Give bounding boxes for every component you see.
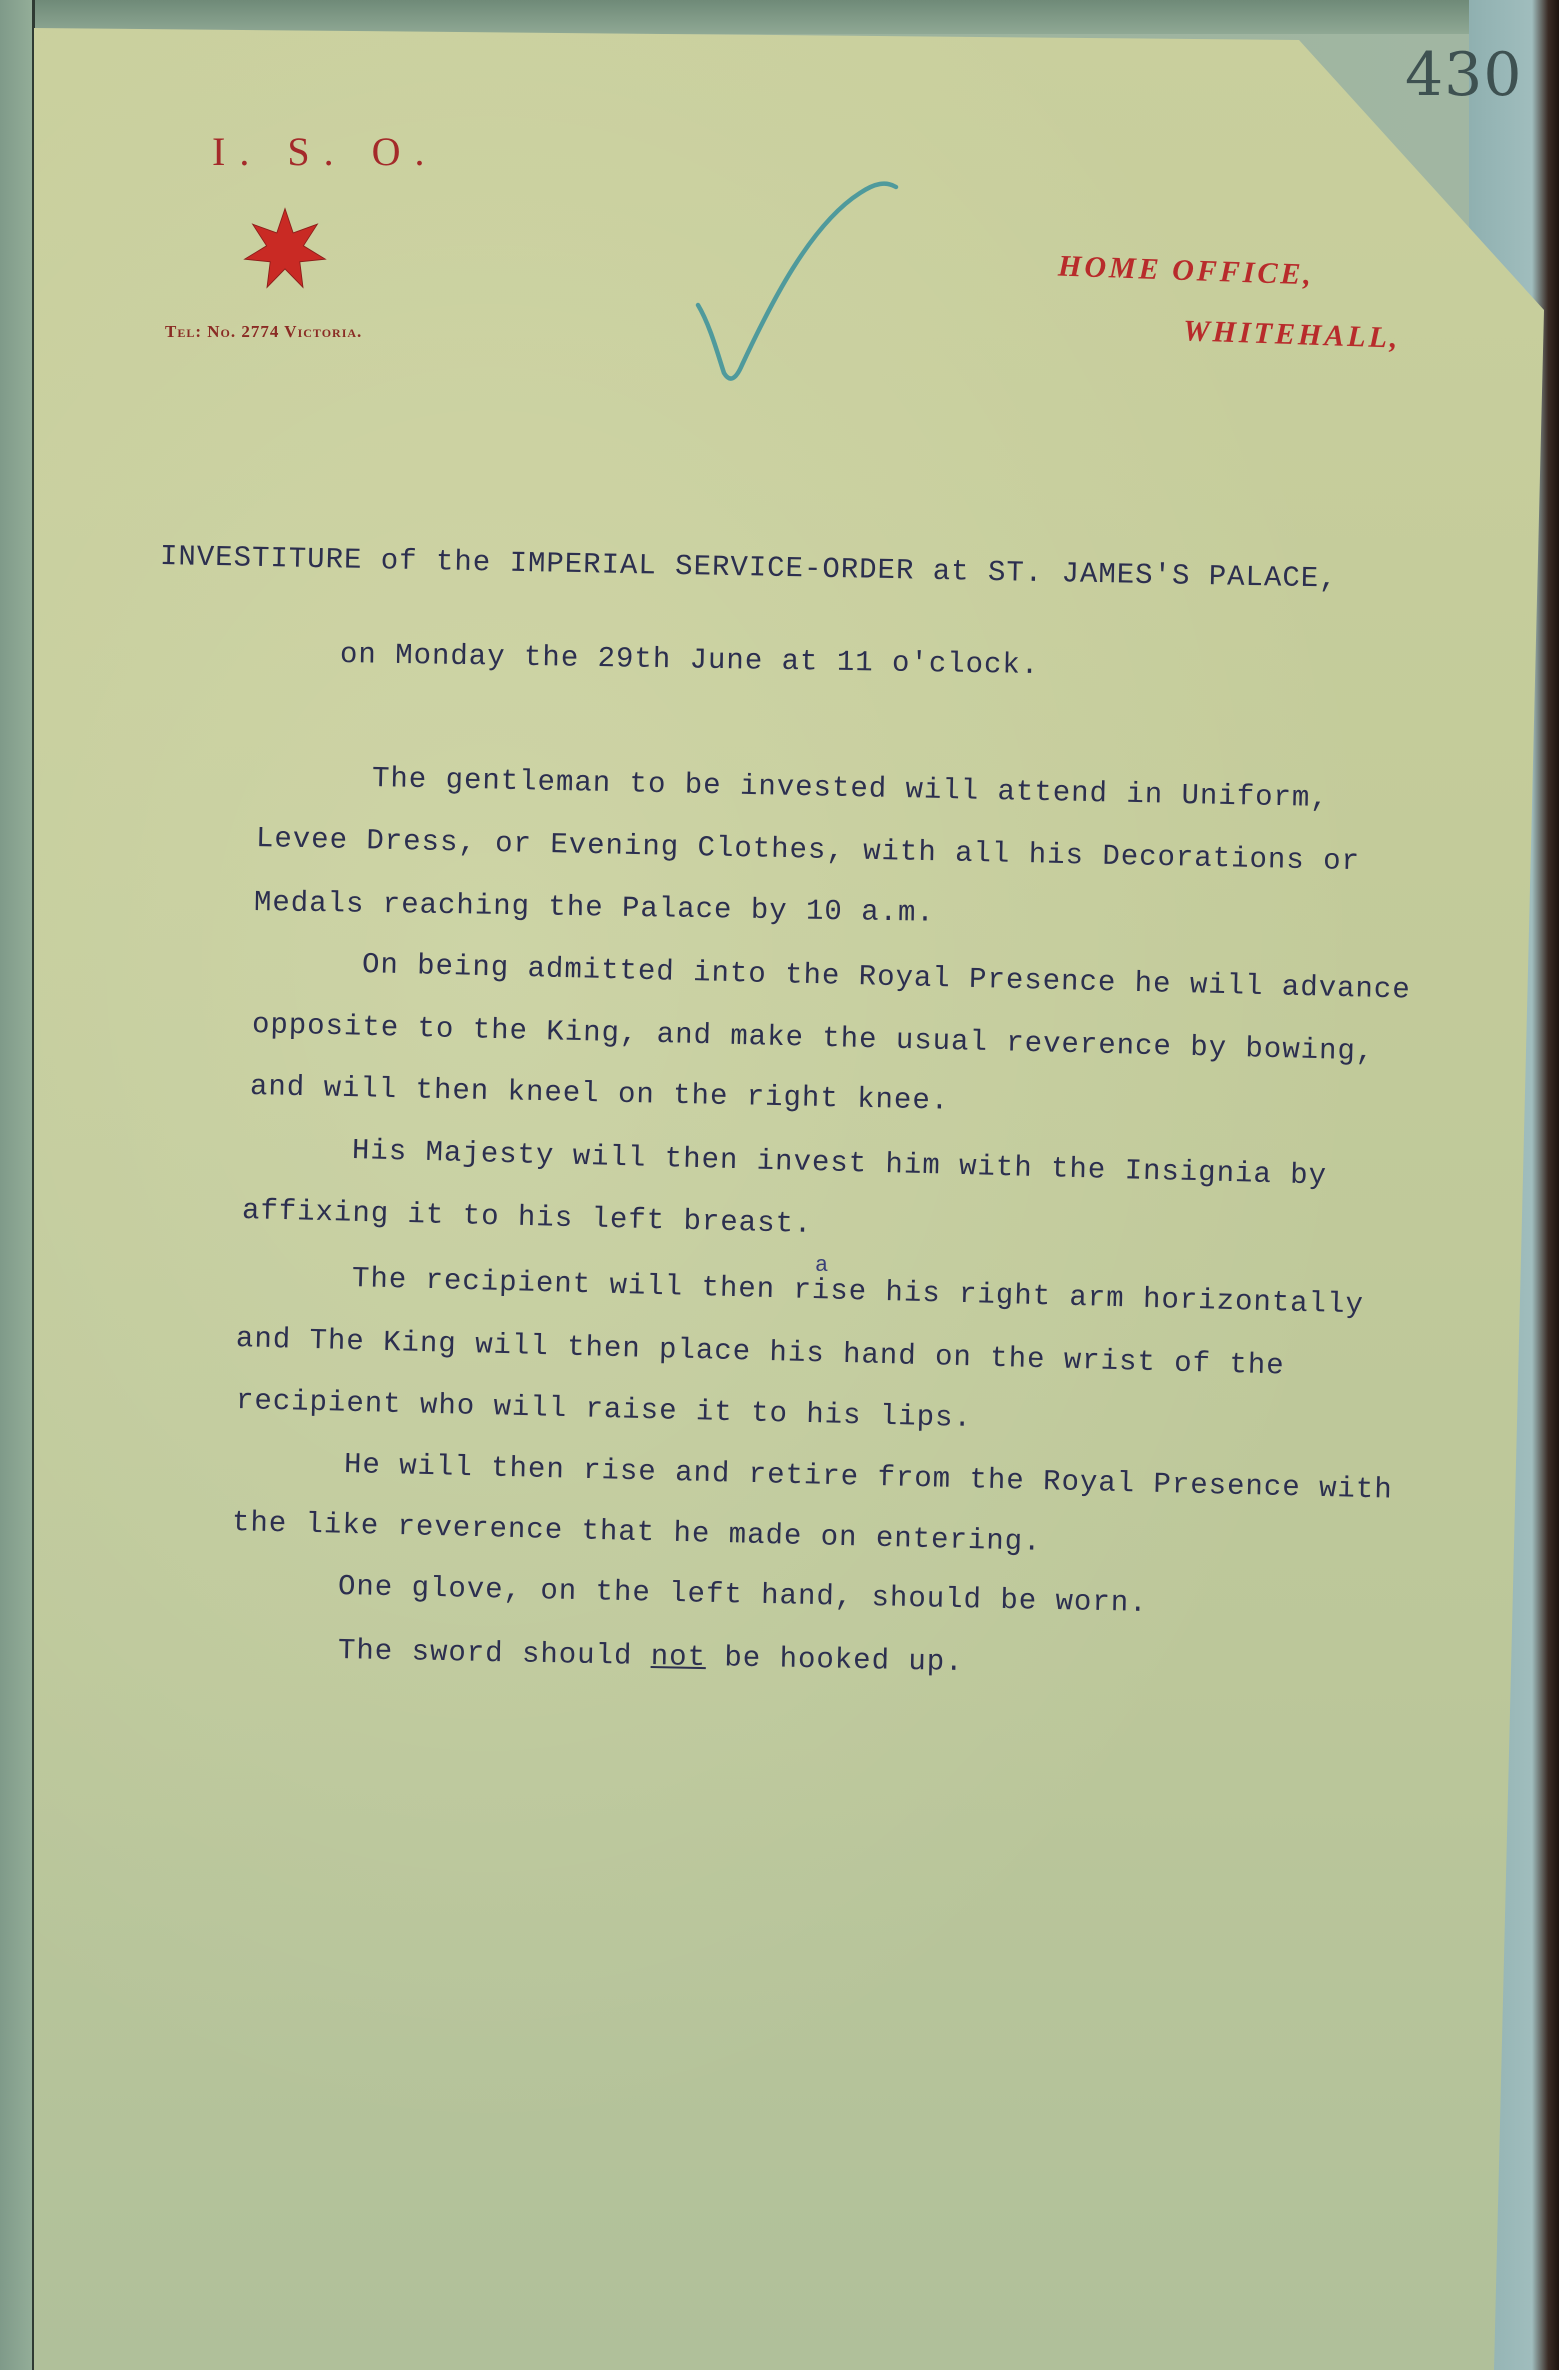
folder-top-edge — [0, 0, 1559, 34]
checkmark-icon — [690, 165, 920, 405]
folder-left-edge — [0, 0, 35, 2370]
handwritten-correction: a — [815, 1253, 828, 1278]
folio-number: 430 — [1405, 40, 1523, 110]
seven-pointed-star-icon — [240, 205, 330, 295]
text-segment: be hooked up. — [706, 1641, 964, 1679]
text-segment: The sword should — [338, 1634, 651, 1673]
emphasized-word: not — [650, 1640, 706, 1674]
telephone-line: Tel: No. 2774 Victoria. — [165, 322, 362, 342]
order-initials: I. S. O. — [212, 128, 438, 175]
